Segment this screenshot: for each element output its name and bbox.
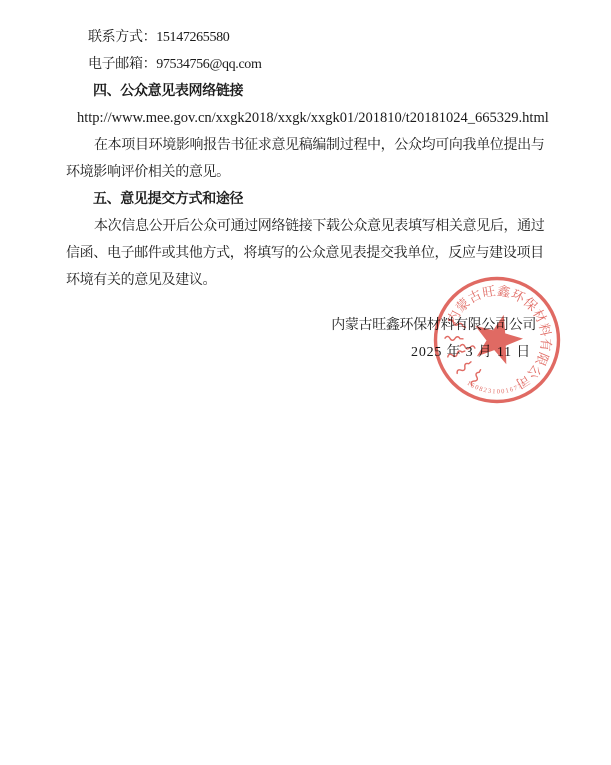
svg-text:8: 8 [478,386,483,394]
section-four-paragraph-line-1: 在本项目环境影响报告书征求意见稿编制过程中，公众均可向我单位提出与 [66,132,546,159]
svg-text:6: 6 [509,386,515,394]
section-five-paragraph-line-2: 信函、电子邮件或其他方式，将填写的公众意见表提交我单位，反应与建设项目 [66,240,546,267]
svg-text:1: 1 [505,387,510,395]
svg-text:7: 7 [513,384,519,392]
signature-company-name: 内蒙古旺鑫环保材料有限公司公司 [66,312,546,339]
public-comment-link-url: http://www.mee.gov.cn/xxgk2018/xxgk/xxgk… [66,105,546,132]
section-five-paragraph-line-3: 环境有关的意见及建议。 [66,267,546,294]
svg-text:0: 0 [497,388,500,395]
document-text-block: 联系方式：15147265580 电子邮箱：97534756@qq.com 四、… [66,24,546,366]
section-four-heading: 四、公众意见表网络链接 [66,78,546,105]
section-five-heading: 五、意见提交方式和途径 [66,186,546,213]
signature-date: 2025 年 3 月 11 日 [66,339,546,366]
svg-text:7: 7 [517,383,524,391]
svg-text:5: 5 [469,382,475,390]
svg-text:1: 1 [492,388,496,395]
document-page: 联系方式：15147265580 电子邮箱：97534756@qq.com 四、… [0,0,611,765]
section-five-paragraph-line-1: 本次信息公开后公众可通过网络链接下载公众意见表填写相关意见后，通过 [66,213,546,240]
svg-text:0: 0 [474,384,480,392]
svg-text:0: 0 [501,388,505,395]
contact-email-value: 97534756@qq.com [156,57,261,72]
contact-phone-value: 15147265580 [156,30,229,45]
contact-phone-line: 联系方式：15147265580 [66,24,546,51]
svg-text:1: 1 [465,380,472,388]
section-four-paragraph-line-2: 环境影响评价相关的意见。 [66,159,546,186]
svg-text:3: 3 [487,388,491,395]
seal-serial-number: 15082310016775 [465,380,527,396]
svg-text:5: 5 [521,381,527,389]
contact-email-label: 电子邮箱： [88,57,156,72]
contact-phone-label: 联系方式： [88,30,156,45]
contact-email-line: 电子邮箱：97534756@qq.com [66,51,546,78]
svg-text:2: 2 [483,387,488,395]
svg-text:司: 司 [514,372,533,392]
